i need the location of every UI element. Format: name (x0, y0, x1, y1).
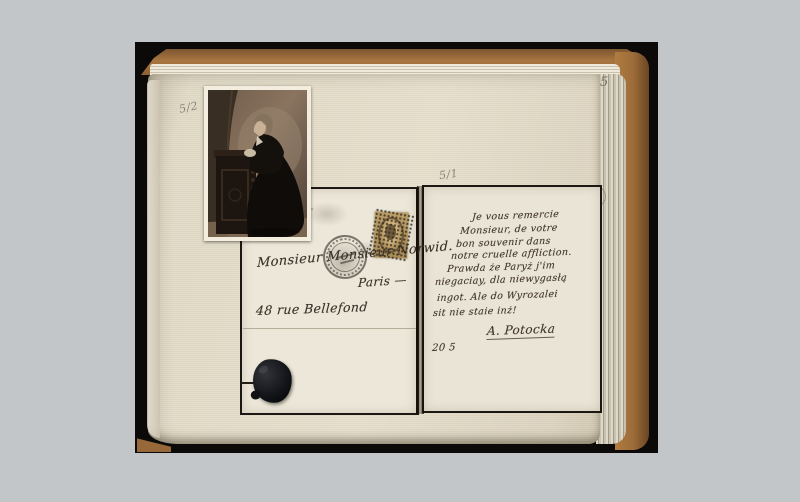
portrait-photo (204, 86, 311, 241)
pencil-label-letter: 5/1 (438, 167, 459, 183)
portrait-photo-image (208, 90, 307, 237)
date-note: 20 5 (432, 342, 457, 354)
page-spine-curl (147, 80, 160, 438)
signature: A. Potocka (486, 322, 555, 340)
pencil-page-number: 5 (600, 75, 609, 90)
horizontal-crease (243, 328, 416, 329)
letter-fold (417, 186, 424, 414)
